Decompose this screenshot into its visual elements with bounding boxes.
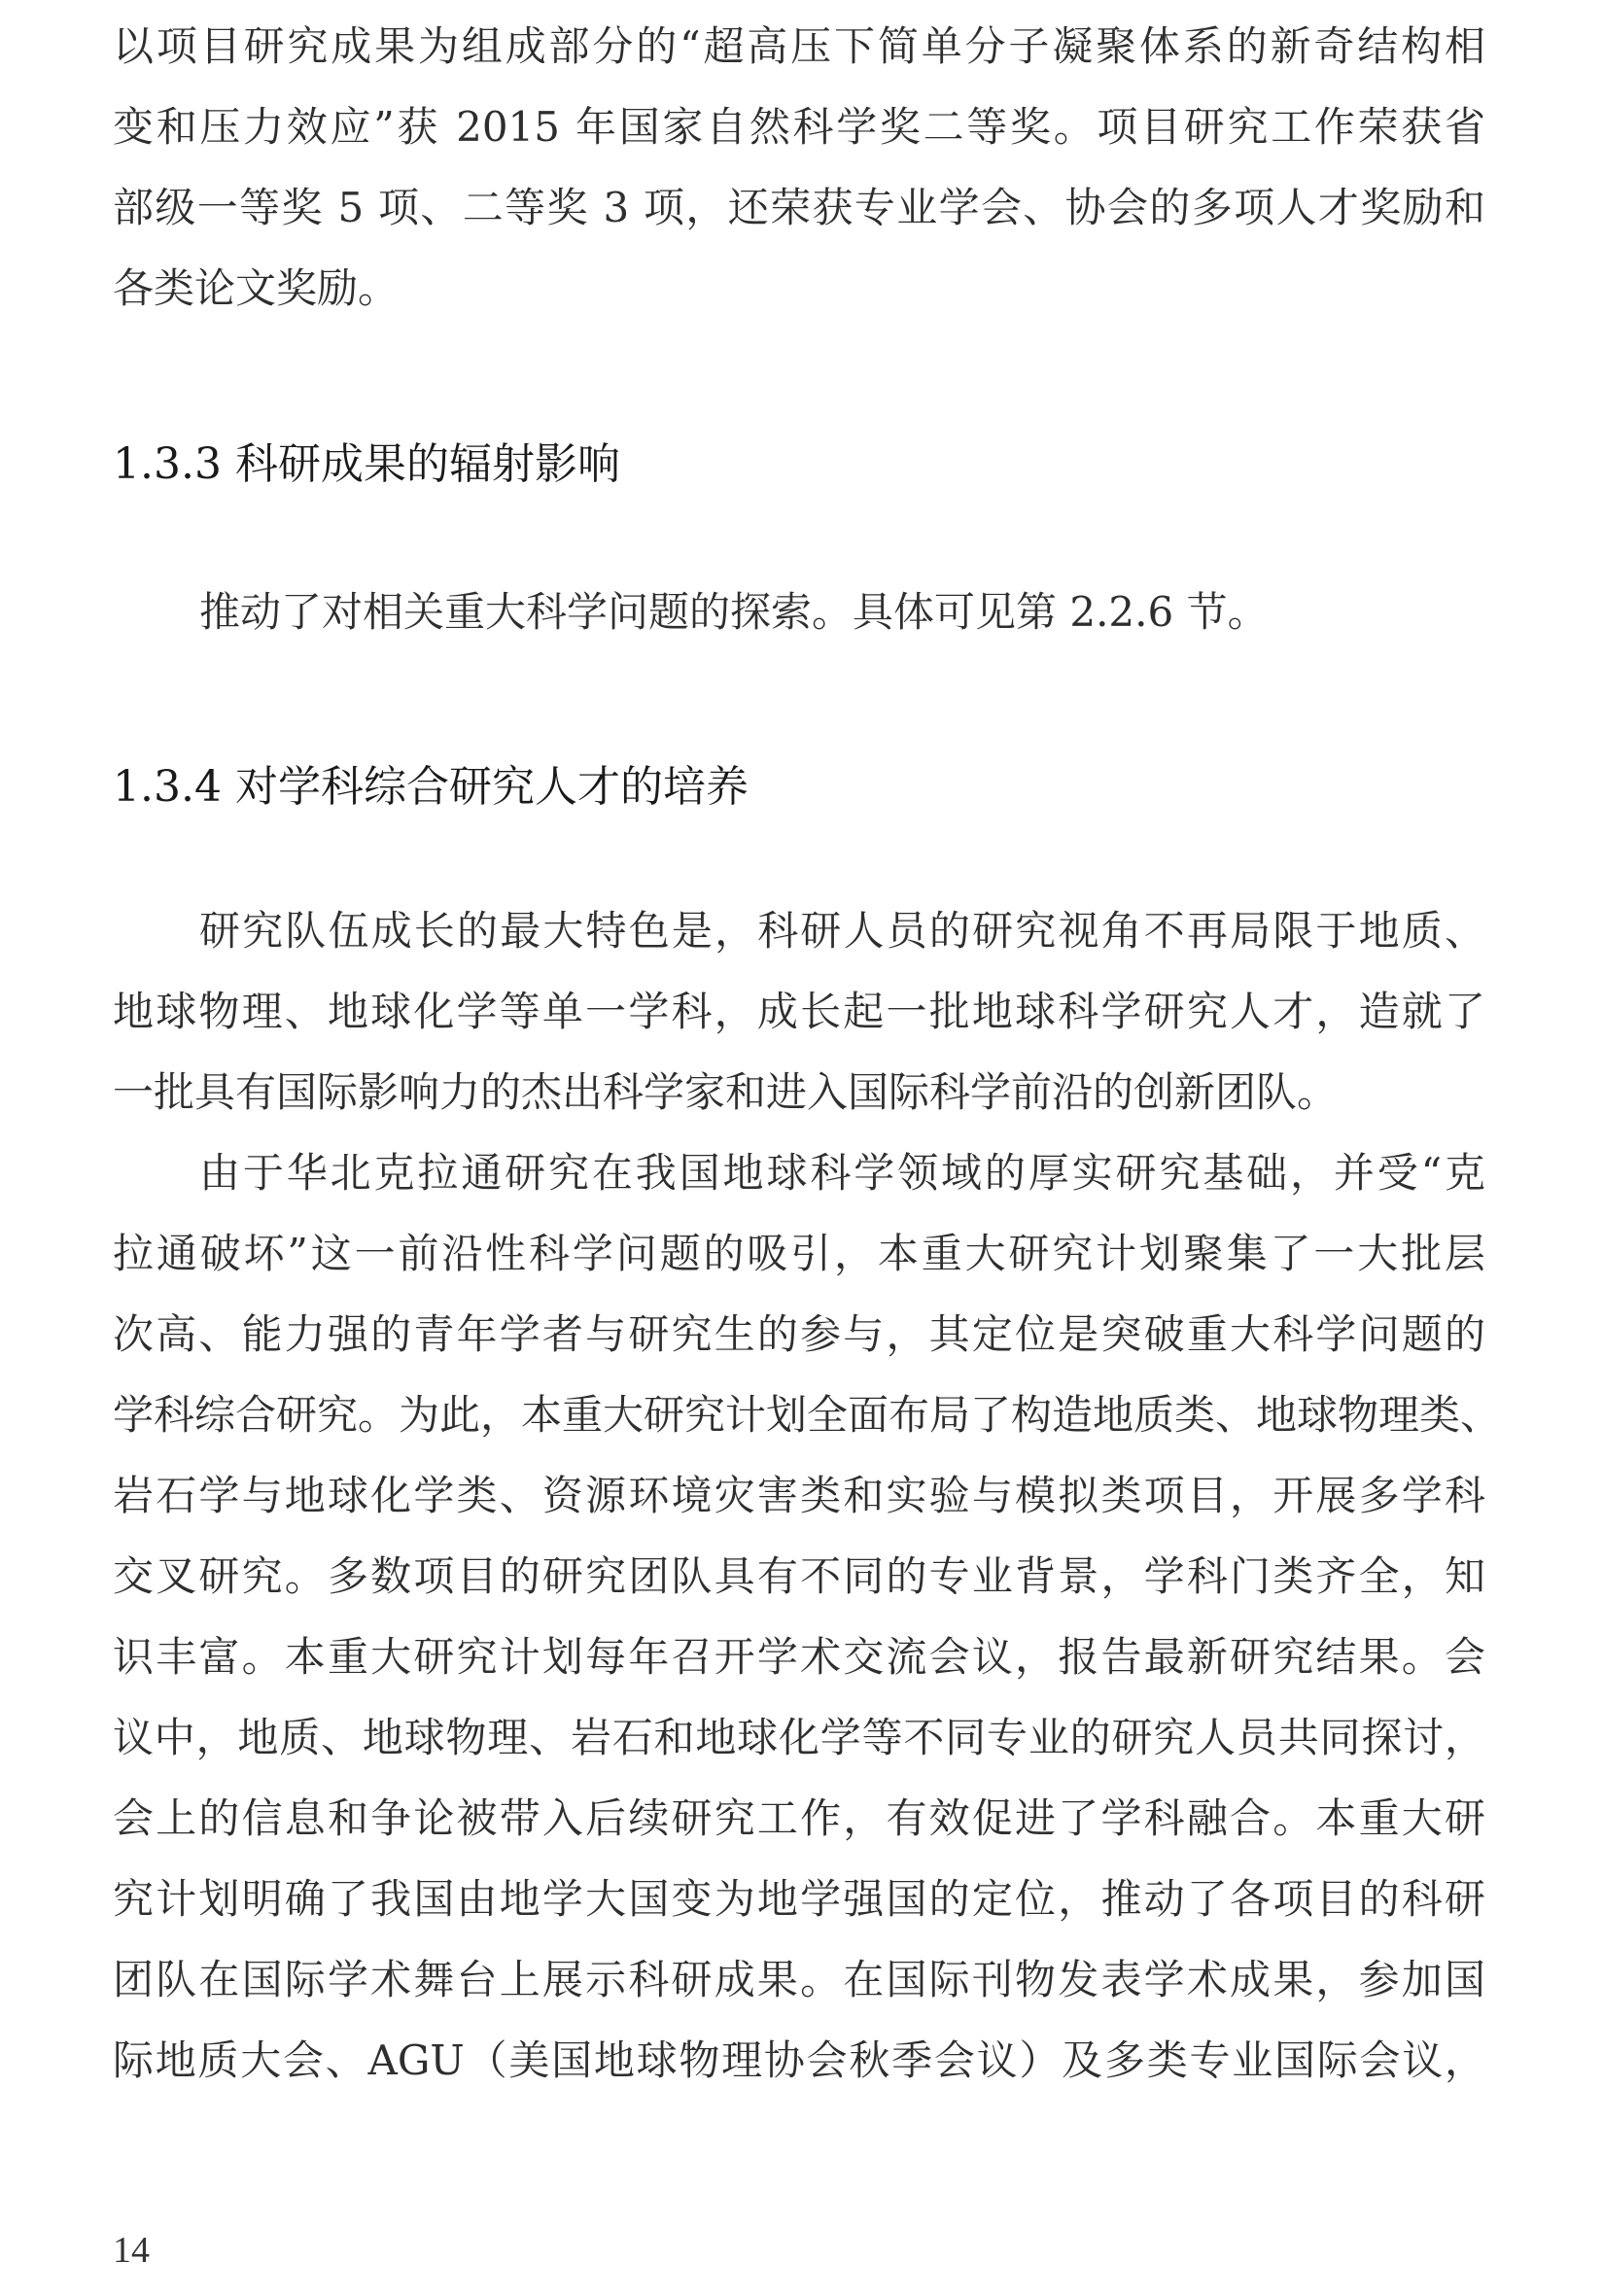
paragraph-line: 部级一等奖 5 项、二等奖 3 项，还荣获专业学会、协会的多项人才奖励和 — [113, 179, 1485, 237]
paragraph-line: 以项目研究成果为组成部分的“超高压下简单分子凝聚体系的新奇结构相 — [113, 17, 1485, 76]
paragraph-line: 识丰富。本重大研究计划每年召开学术交流会议，报告最新研究结果。会 — [113, 1628, 1485, 1687]
paragraph-line: 团队在国际学术舞台上展示科研成果。在国际刊物发表学术成果，参加国 — [113, 1951, 1485, 2009]
paragraph-line: 会上的信息和争论被带入后续研究工作，有效促进了学科融合。本重大研 — [113, 1790, 1485, 1848]
paragraph-line: 拉通破坏”这一前沿性科学问题的吸引，本重大研究计划聚集了一大批层 — [113, 1225, 1485, 1283]
paragraph-line: 交叉研究。多数项目的研究团队具有不同的专业背景，学科门类齐全，知 — [113, 1548, 1485, 1606]
paragraph-line: 议中，地质、地球物理、岩石和地球化学等不同专业的研究人员共同探讨， — [113, 1709, 1485, 1767]
section-heading: 1.3.3 科研成果的辐射影响 — [113, 434, 620, 496]
page-number: 14 — [113, 2226, 150, 2275]
paragraph-line: 变和压力效应”获 2015 年国家自然科学奖二等奖。项目研究工作荣获省 — [113, 98, 1485, 157]
paragraph-line: 际地质大会、AGU（美国地球物理协会秋季会议）及多类专业国际会议， — [113, 2032, 1485, 2090]
document-page: 以项目研究成果为组成部分的“超高压下简单分子凝聚体系的新奇结构相 变和压力效应”… — [0, 0, 1603, 2296]
paragraph-line: 推动了对相关重大科学问题的探索。具体可见第 2.2.6 节。 — [199, 583, 1485, 642]
paragraph-line: 研究队伍成长的最大特色是，科研人员的研究视角不再局限于地质、 — [199, 902, 1485, 960]
paragraph-line: 由于华北克拉通研究在我国地球科学领域的厚实研究基础，并受“克 — [199, 1144, 1485, 1202]
paragraph-line: 岩石学与地球化学类、资源环境灾害类和实验与模拟类项目，开展多学科 — [113, 1467, 1485, 1525]
paragraph-line: 地球物理、地球化学等单一学科，成长起一批地球科学研究人才，造就了 — [113, 983, 1485, 1041]
paragraph-line: 学科综合研究。为此，本重大研究计划全面布局了构造地质类、地球物理类、 — [113, 1386, 1485, 1444]
paragraph-line: 次高、能力强的青年学者与研究生的参与，其定位是突破重大科学问题的 — [113, 1305, 1485, 1364]
paragraph-line: 各类论文奖励。 — [113, 260, 1485, 318]
paragraph-line: 究计划明确了我国由地学大国变为地学强国的定位，推动了各项目的科研 — [113, 1870, 1485, 1929]
paragraph-line: 一批具有国际影响力的杰出科学家和进入国际科学前沿的创新团队。 — [113, 1063, 1485, 1122]
section-heading: 1.3.4 对学科综合研究人才的培养 — [113, 756, 749, 818]
